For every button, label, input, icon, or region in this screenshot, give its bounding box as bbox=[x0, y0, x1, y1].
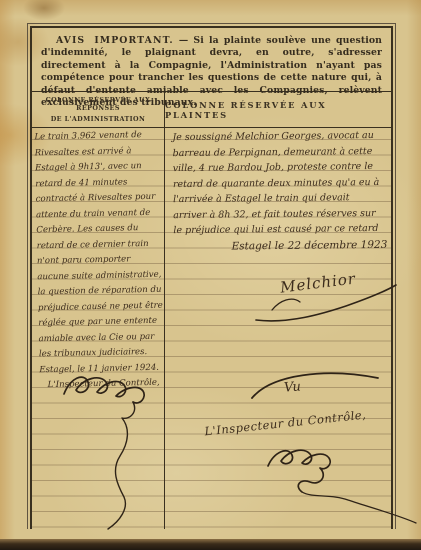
column-header-administration: COLONNE RÉSERVÉE AUX RÉPONSES DE L'ADMIN… bbox=[32, 92, 165, 127]
photo-bottom-edge bbox=[0, 539, 421, 550]
printed-border-frame: AVIS IMPORTANT. — Si la plainte soulève … bbox=[27, 23, 396, 529]
complaint: Je soussigné Melchior Georges, avocat au… bbox=[172, 128, 381, 255]
printed-border-frame-inner: AVIS IMPORTANT. — Si la plainte soulève … bbox=[30, 26, 393, 529]
complaint-body: Je soussigné Melchior Georges, avocat au… bbox=[172, 128, 381, 239]
column-header-row: COLONNE RÉSERVÉE AUX RÉPONSES DE L'ADMIN… bbox=[32, 92, 391, 128]
inspector-signature-bottom bbox=[250, 436, 420, 524]
administration-response-body: Le train 3.962 venant de Rivesaltes est … bbox=[34, 128, 164, 363]
administration-response: Le train 3.962 venant de Rivesaltes est … bbox=[34, 128, 164, 394]
important-notice: AVIS IMPORTANT. — Si la plainte soulève … bbox=[32, 28, 391, 92]
visa-signoff: L'Inspecteur du Contrôle, bbox=[204, 404, 404, 439]
column-header-complaints-label: COLONNE RÉSERVÉE AUX PLAINTES bbox=[165, 100, 391, 120]
ruled-writing-area: Le train 3.962 venant de Rivesaltes est … bbox=[32, 128, 391, 529]
column-header-administration-line1: COLONNE RÉSERVÉE AUX RÉPONSES bbox=[32, 96, 164, 112]
complaint-place-date: Estagel le 22 décembre 1923 bbox=[231, 237, 381, 254]
column-header-administration-line2: DE L'ADMINISTRATION bbox=[51, 115, 146, 123]
inspector-signature-left bbox=[50, 366, 170, 531]
visa-word: Vu bbox=[283, 379, 301, 395]
complainant-signature-flourish bbox=[250, 280, 400, 325]
column-header-complaints: COLONNE RÉSERVÉE AUX PLAINTES bbox=[165, 92, 391, 127]
scanned-complaint-register-page: AVIS IMPORTANT. — Si la plainte soulève … bbox=[0, 0, 421, 550]
visa-swash bbox=[244, 366, 384, 402]
important-notice-label: AVIS IMPORTANT. bbox=[56, 35, 174, 46]
